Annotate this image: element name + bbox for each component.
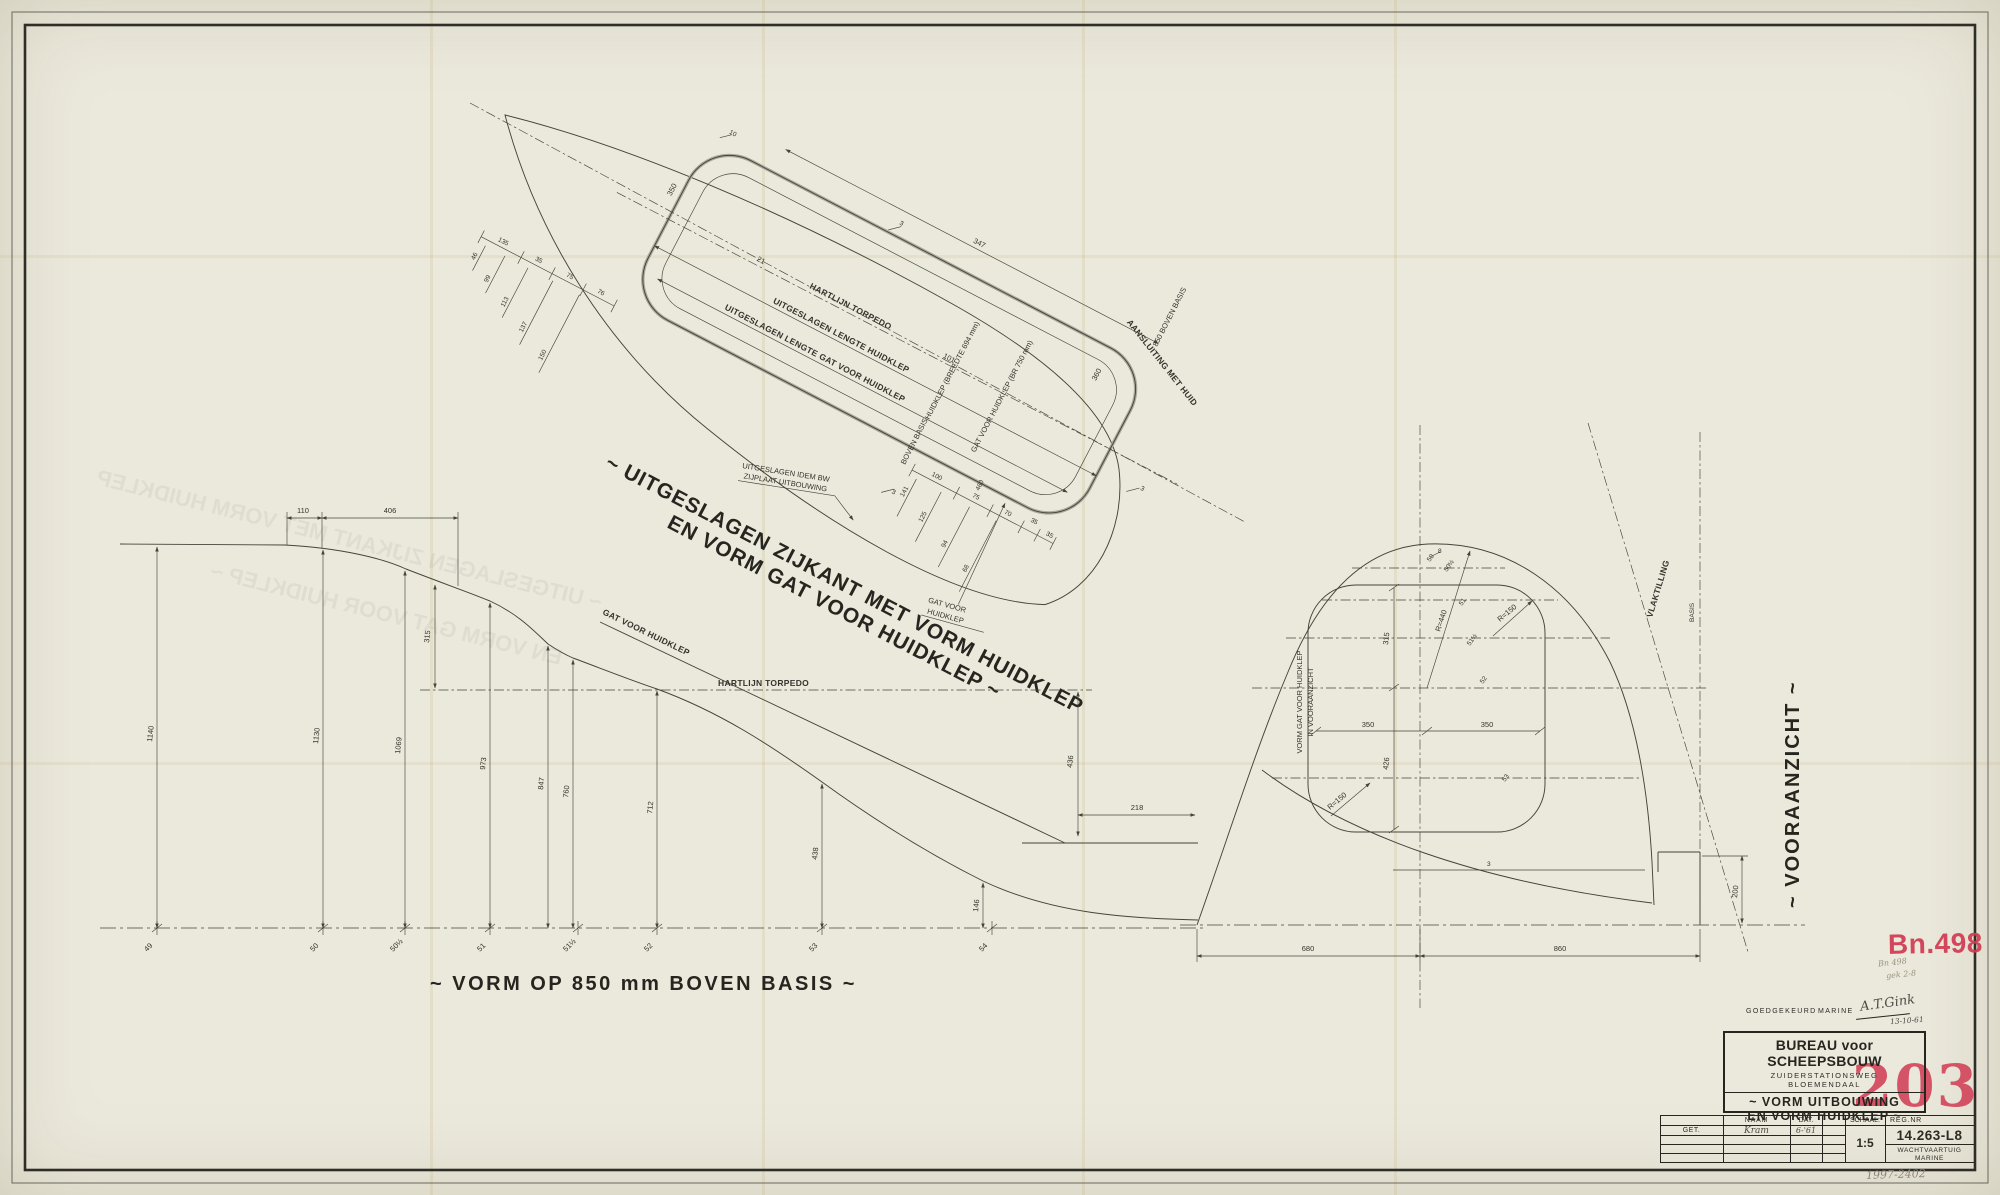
blueprint-sheet: ~ UITGESLAGEN ZIJKANT MET VORM HUIDKLEP … (0, 0, 2000, 1195)
title-block-company-box: BUREAU voor SCHEEPSBOUW ZUIDERSTATIONSWE… (1723, 1031, 1926, 1113)
dim-406: 406 (384, 506, 397, 515)
reg-number: 14.263-L8 (1885, 1128, 1974, 1143)
tb-line (1660, 1144, 1845, 1145)
dim-860: 860 (1554, 944, 1567, 953)
dim-8: 8 (1438, 548, 1442, 555)
gat-breedte-label: GAT VOOR HUIDKLEP (BR 750 mm) (969, 338, 1035, 454)
dim-10: 10 (728, 129, 738, 139)
horizontal-dim-line (1311, 727, 1545, 735)
gat-front-label-line2: IN VOORAANZICHT (1306, 667, 1315, 737)
dim-315: 315 (1381, 632, 1391, 645)
station-53: 53 (807, 941, 819, 953)
gat-front-label-line1: VORM GAT VOOR HUIDKLEP (1295, 650, 1304, 753)
col-header-naam: NAAM (1723, 1117, 1790, 1124)
dim-right-side: 141 (899, 485, 910, 498)
naam-value: Kram (1723, 1126, 1790, 1136)
station-lines (1272, 568, 1640, 778)
station-51: 51 (475, 941, 487, 953)
front-view: BASIS VLAKTILLING 3 50 50½ 51 51½ 52 53 … (1180, 423, 1805, 1008)
dim-line-lengte-huidklep (654, 246, 1096, 476)
col-header-schaal: SCHAAL: (1845, 1117, 1885, 1124)
dim-left: 75 (565, 272, 575, 282)
vlaktilling-line (1588, 423, 1748, 952)
dim-436: 436 (1065, 755, 1075, 768)
height-847: 847 (536, 777, 546, 790)
notch-step (1658, 852, 1700, 925)
dim-left-side: 137 (518, 320, 529, 333)
dim-3: 3 (1139, 485, 1146, 493)
breedte-label: HUIDKLEP (BREEDTE 694 mm) (923, 319, 982, 420)
vessel-type-2: MARINE (1885, 1155, 1974, 1162)
hartlijn-torpedo-label: HARTLIJN TORPEDO (718, 678, 809, 688)
dim-right: 70 (1003, 509, 1013, 519)
drawing-linework: ~ UITGESLAGEN ZIJKANT MET VORM HUIDKLEP … (0, 0, 2000, 1195)
dim-left-side: 113 (500, 295, 511, 308)
tb-line (1660, 1153, 1845, 1154)
company-address-2: BLOEMENDAAL (1725, 1080, 1924, 1089)
tb-line (1660, 1162, 1974, 1163)
height-712: 712 (645, 801, 655, 814)
r150-top-label: R=150 (1496, 602, 1519, 623)
dim-360: 360 (1090, 367, 1104, 382)
dim-146: 146 (971, 899, 981, 912)
height-1069: 1069 (393, 737, 404, 755)
basis-label: BASIS (1689, 602, 1696, 622)
station-53: 53 (1501, 773, 1511, 783)
archive-number-handwritten: 1997-2402 (1866, 1167, 1926, 1182)
height-1130: 1130 (311, 727, 322, 744)
dim-line-347 (786, 150, 1159, 344)
idem-note: UITGESLAGEN IDEM BW ZIJPLAAT UITBOUWING (735, 461, 860, 520)
dim-right: 35 (1029, 517, 1039, 527)
boven-basis-trace-line (470, 103, 1245, 522)
dim-right: 75 (971, 492, 981, 502)
company-box-divider (1725, 1092, 1924, 1093)
station-50-5: 50½ (388, 936, 405, 953)
height-760: 760 (561, 785, 571, 798)
dim-left: 76 (596, 288, 606, 298)
dim-350-right: 350 (1481, 720, 1494, 729)
bottom-chine-curve (1262, 770, 1652, 903)
tb-line (1885, 1144, 1974, 1145)
dim-218: 218 (1131, 803, 1144, 812)
huidklep-plate-edge (627, 139, 1152, 529)
dim-21: 21 (755, 254, 767, 266)
dim-315: 315 (422, 630, 432, 643)
dim-3: 3 (1487, 861, 1491, 868)
bell-outline (1197, 544, 1654, 925)
col-header-dat: DAT. (1790, 1117, 1822, 1124)
goedgekeurd-label: GOEDGEKEURD (1746, 1008, 1817, 1015)
station-52: 52 (642, 941, 654, 953)
station-49: 49 (142, 941, 154, 953)
height-438: 438 (810, 847, 820, 860)
tb-line (1822, 1115, 1823, 1163)
bottom-dim-ext (1197, 929, 1700, 962)
vessel-type-1: WACHTVAARTUIG (1885, 1147, 1974, 1154)
vertical-dim-line (1389, 584, 1399, 833)
gat-voor-huidklep-label: GAT VOOR HUIDKLEP (601, 607, 691, 658)
gat-line (600, 622, 1198, 843)
left-dim-strokes (445, 246, 580, 373)
bottom-caption: ~ VORM OP 850 mm BOVEN BASIS ~ (430, 973, 857, 995)
goedgekeurd-marine-label: MARINE (1818, 1008, 1854, 1015)
company-name: BUREAU voor SCHEEPSBOUW (1725, 1037, 1924, 1069)
station-50-5: 50½ (1442, 558, 1456, 573)
bn-498-stamp: Bn.498 (1888, 927, 1983, 961)
huidklep-plate-outline (627, 139, 1152, 529)
tb-line (1660, 1115, 1661, 1163)
height-1140: 1140 (145, 725, 156, 742)
dim-350: 350 (665, 182, 679, 197)
schaal-value: 1:5 (1845, 1136, 1885, 1150)
dim-3: 3 (898, 220, 905, 228)
dat-value: 6-'61 (1790, 1126, 1822, 1135)
row-label-get: GET. (1660, 1127, 1723, 1134)
company-address-1: ZUIDERSTATIONSWEG (1725, 1071, 1924, 1080)
station-51-5: 51½ (1465, 632, 1479, 647)
dim-200: 200 (1730, 885, 1740, 898)
dim-680: 680 (1302, 944, 1315, 953)
station-51: 51 (1458, 597, 1468, 607)
dim-350-left: 350 (1362, 720, 1375, 729)
station-52: 52 (1479, 675, 1489, 685)
front-caption: ~ VOORAANZICHT ~ (1782, 680, 1804, 908)
r150-bottom-label: R=150 (1326, 790, 1349, 811)
station-51-5: 51½ (561, 936, 578, 953)
dim-right: 35 (1045, 531, 1055, 541)
dim-426: 426 (1381, 757, 1391, 770)
dim-left-side: 150 (537, 348, 548, 361)
station-54: 54 (977, 941, 989, 953)
drawing-title-1: ~ VORM UITBOUWING (1725, 1095, 1924, 1109)
dim-110: 110 (297, 506, 309, 515)
basis850-label: 850 BOVEN BASIS (1151, 286, 1189, 348)
main-caption-line1: ~ UITGESLAGEN ZIJKANT MET VORM HUIDKLEP (602, 451, 1088, 719)
vlaktilling-label: VLAKTILLING (1644, 559, 1671, 619)
dim-right-side: 125 (917, 510, 928, 523)
height-973: 973 (478, 757, 488, 770)
station-50: 50 (308, 941, 320, 953)
r440-label: R=440 (1433, 609, 1448, 633)
dim-left: 35 (534, 256, 544, 266)
col-header-reg: REG.NR (1890, 1117, 1922, 1124)
